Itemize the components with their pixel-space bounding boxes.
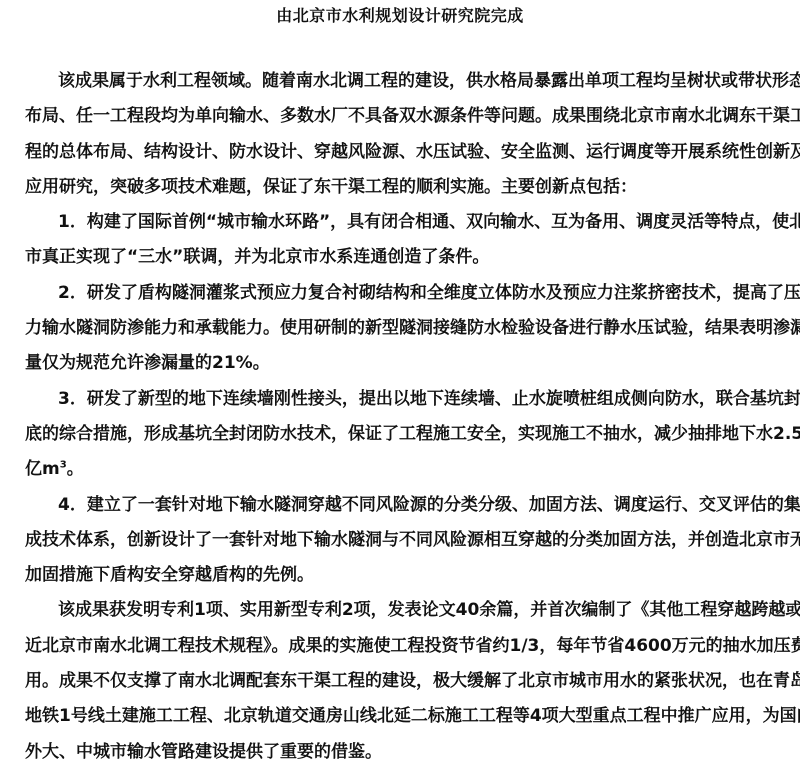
outcome-line: 用。成果不仅支撑了南水北调配套东干渠工程的建设，极大缓解了北京市城市用水的紧张状… [25, 664, 775, 699]
paragraph-intro-line: 应用研究，突破多项技术难题，保证了东干渠工程的顺利实施。主要创新点包括： [25, 170, 775, 205]
innovation-4-line: 加固措施下盾构安全穿越盾构的先例。 [25, 558, 775, 593]
unit-text: 亿m [25, 459, 60, 479]
paragraph-intro-line: 布局、任一工程段均为单向输水、多数水厂不具备双水源条件等问题。成果围绕北京市南水… [25, 99, 775, 134]
innovation-4-line: 成技术体系，创新设计了一套针对地下输水隧洞与不同风险源相互穿越的分类加固方法，并… [25, 523, 775, 558]
paragraph-intro-line: 程的总体布局、结构设计、防水设计、穿越风险源、水压试验、安全监测、运行调度等开展… [25, 135, 775, 170]
outcome-line: 地铁1号线土建施工工程、北京轨道交通房山线北延二标施工工程等4项大型重点工程中推… [25, 699, 775, 734]
innovation-2-line: 力输水隧洞防渗能力和承载能力。使用研制的新型隧洞接缝防水检验设备进行静水压试验，… [25, 311, 775, 346]
innovation-4-line: 4．建立了一套针对地下输水隧洞穿越不同风险源的分类分级、加固方法、调度运行、交叉… [25, 488, 775, 523]
outcome-line: 近北京市南水北调工程技术规程》。成果的实施使工程投资节省约1/3，每年节省460… [25, 629, 775, 664]
outcome-line: 外大、中城市输水管路建设提供了重要的借鉴。 [25, 735, 775, 770]
innovation-3-line: 亿m3。 [25, 452, 775, 487]
period: 。 [67, 459, 84, 479]
innovation-3-line: 3．研发了新型的地下连续墙刚性接头，提出以地下连续墙、止水旋喷桩组成侧向防水，联… [25, 382, 775, 417]
innovation-2-line: 量仅为规范允许渗漏量的21%。 [25, 346, 775, 381]
innovation-3-line: 底的综合措施，形成基坑全封闭防水技术，保证了工程施工安全，实现施工不抽水，减少抽… [25, 417, 775, 452]
outcome-line: 该成果获发明专利1项、实用新型专利2项，发表论文40余篇，并首次编制了《其他工程… [25, 593, 775, 628]
document-body: 该成果属于水利工程领域。随着南水北调工程的建设，供水格局暴露出单项工程均呈树状或… [25, 64, 775, 770]
innovation-1-line: 市真正实现了“三水”联调，并为北京市水系连通创造了条件。 [25, 240, 775, 275]
paragraph-intro-line: 该成果属于水利工程领域。随着南水北调工程的建设，供水格局暴露出单项工程均呈树状或… [25, 64, 775, 99]
unit-superscript: 3 [60, 460, 67, 471]
document-title: 由北京市水利规划设计研究院完成 [0, 4, 800, 28]
innovation-1-line: 1．构建了国际首例“城市输水环路”，具有闭合相通、双向输水、互为备用、调度灵活等… [25, 205, 775, 240]
innovation-2-line: 2．研发了盾构隧洞灌浆式预应力复合衬砌结构和全维度立体防水及预应力注浆挤密技术，… [25, 276, 775, 311]
